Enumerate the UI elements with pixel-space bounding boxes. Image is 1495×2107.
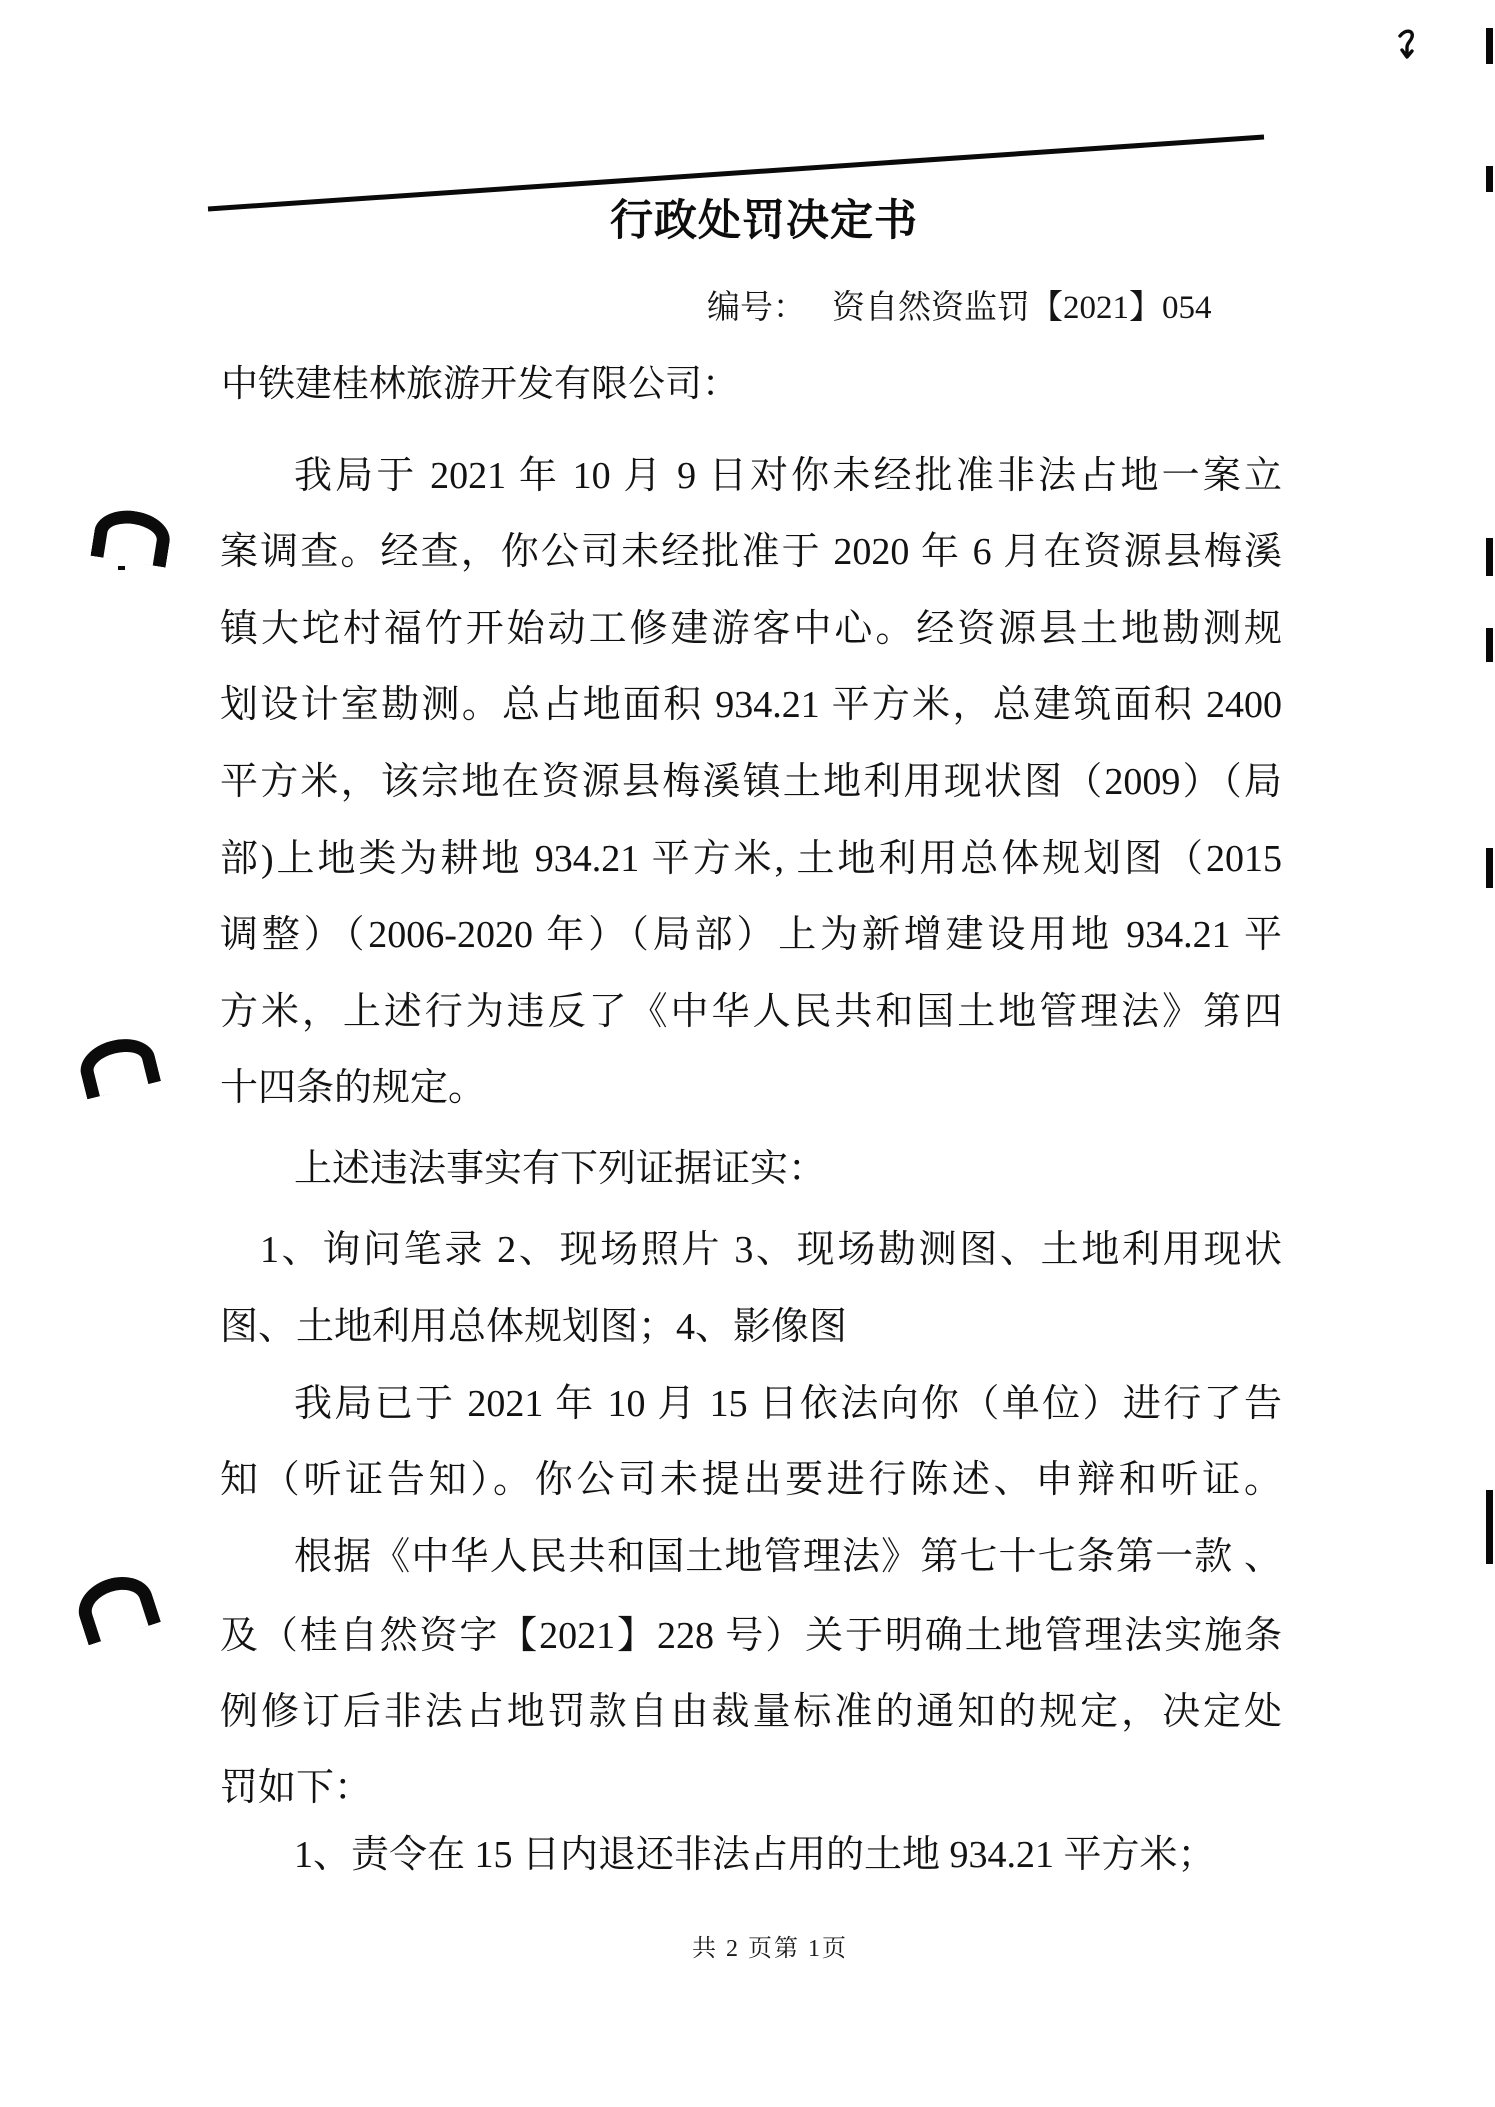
binder-curl-artifact xyxy=(90,505,173,567)
body-line: 图、土地利用总体规划图；4、影像图 xyxy=(220,1306,1282,1350)
scan-edge-mark xyxy=(1486,538,1493,576)
body-line: 根据《中华人民共和国土地管理法》第七十七条第一款 、 xyxy=(220,1536,1282,1580)
page-number-footer: 共 2 页第 1页 xyxy=(692,1928,848,1963)
handwritten-mark xyxy=(1396,28,1422,68)
body-line: 罚如下： xyxy=(220,1767,1282,1811)
document-number-value: 资自然资监罚【2021】054 xyxy=(832,290,1212,326)
scan-edge-mark xyxy=(1486,628,1493,662)
scan-edge-mark xyxy=(1486,28,1493,64)
body-line: 1、责令在 15 日内退还非法占用的土地 934.21 平方米； xyxy=(220,1834,1282,1878)
body-line: 我局于 2021 年 10 月 9 日对你未经批准非法占地一案立 xyxy=(220,455,1282,499)
body-line: 调整）（2006-2020 年）（局部）上为新增建设用地 934.21 平 xyxy=(220,914,1282,958)
body-line: 知（听证告知）。你公司未提出要进行陈述、申辩和听证。 xyxy=(220,1459,1282,1503)
body-line: 及（桂自然资字【2021】228 号）关于明确土地管理法实施条 xyxy=(220,1615,1282,1659)
binder-curl-artifact xyxy=(71,1568,161,1646)
scanned-document-page: 行政处罚决定书 编号：资自然资监罚【2021】054 中铁建桂林旅游开发有限公司… xyxy=(0,0,1495,2107)
document-title: 行政处罚决定书 xyxy=(610,198,920,245)
body-line: 十四条的规定。 xyxy=(220,1067,1282,1111)
scan-edge-mark xyxy=(1486,1490,1493,1564)
body-line: 上述违法事实有下列证据证实： xyxy=(220,1148,1282,1192)
body-line: 划设计室勘测。总占地面积 934.21 平方米，总建筑面积 2400 xyxy=(220,684,1282,728)
scan-edge-mark xyxy=(1486,848,1493,888)
recipient-line: 中铁建桂林旅游开发有限公司： xyxy=(221,364,739,407)
document-number-line: 编号：资自然资监罚【2021】054 xyxy=(707,290,1212,326)
scan-edge-mark xyxy=(1486,166,1493,192)
body-line: 案调查。经查，你公司未经批准于 2020 年 6 月在资源县梅溪 xyxy=(220,531,1282,575)
document-number-label: 编号： xyxy=(707,290,806,326)
body-line: 平方米，该宗地在资源县梅溪镇土地利用现状图（2009）（局 xyxy=(220,761,1282,805)
body-line: 方米，上述行为违反了《中华人民共和国土地管理法》第四 xyxy=(220,991,1282,1035)
scan-dot-artifact xyxy=(118,566,125,570)
body-line: 例修订后非法占地罚款自由裁量标准的通知的规定，决定处 xyxy=(220,1691,1282,1735)
body-line: 镇大坨村福竹开始动工修建游客中心。经资源县土地勘测规 xyxy=(220,608,1282,652)
binder-curl-artifact xyxy=(75,1032,161,1100)
body-line: 1、询问笔录 2、现场照片 3、现场勘测图、土地利用现状 xyxy=(220,1229,1282,1273)
body-line: 部)上地类为耕地 934.21 平方米, 土地利用总体规划图（2015 xyxy=(220,838,1282,882)
body-line: 我局已于 2021 年 10 月 15 日依法向你（单位）进行了告 xyxy=(220,1383,1282,1427)
